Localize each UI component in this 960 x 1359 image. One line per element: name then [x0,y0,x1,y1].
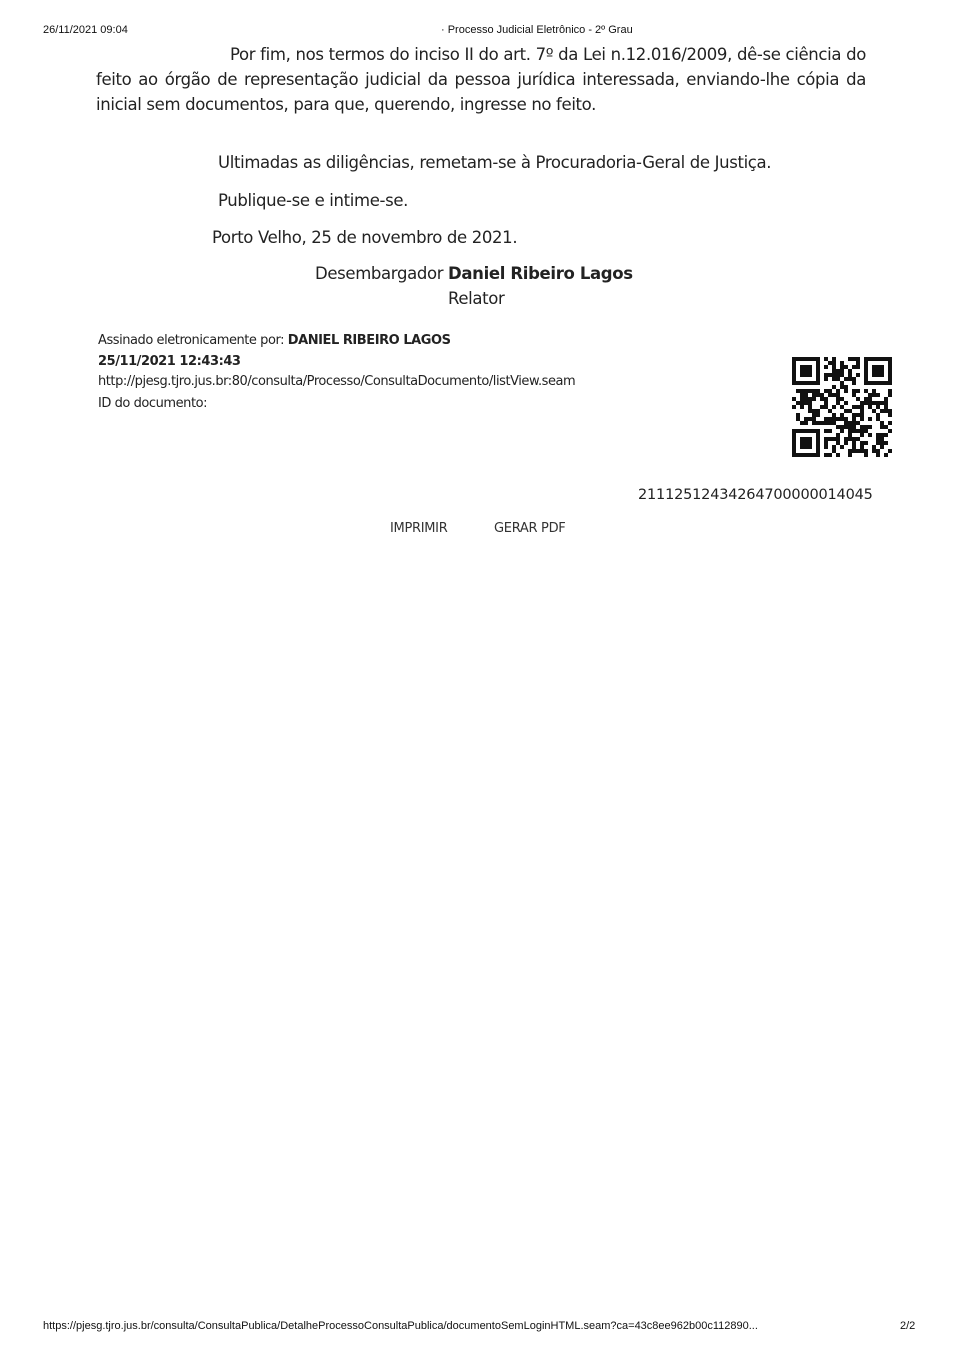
signer-role: Relator [448,289,504,308]
print-footer-page: 2/2 [900,1320,915,1332]
paragraph-remit: Ultimadas as diligências, remetam-se à P… [218,153,771,172]
signer-name: Daniel Ribeiro Lagos [448,264,633,283]
print-footer-url: https://pjesg.tjro.jus.br/consulta/Consu… [43,1320,758,1332]
document-number: 21112512434264700000014045 [638,487,873,503]
document-id-label: ID do documento: [98,396,207,411]
signed-by-line: Assinado eletronicamente por: DANIEL RIB… [98,333,451,348]
qr-code-icon [792,357,892,457]
verify-url[interactable]: http://pjesg.tjro.jus.br:80/consulta/Pro… [98,374,575,389]
place-date: Porto Velho, 25 de novembro de 2021. [212,228,517,247]
paragraph-publish: Publique-se e intime-se. [218,191,408,210]
signed-at: 25/11/2021 12:43:43 [98,354,241,369]
signed-by-name: DANIEL RIBEIRO LAGOS [288,333,451,348]
signer-line: Desembargador Daniel Ribeiro Lagos [315,264,633,283]
paragraph-final-notice: Por fim, nos termos do inciso II do art.… [96,42,866,117]
generate-pdf-button[interactable]: GERAR PDF [494,521,565,536]
signer-title: Desembargador [315,264,448,283]
signed-by-label: Assinado eletronicamente por: [98,333,288,348]
print-header-title: · Processo Judicial Eletrônico - 2º Grau [441,24,633,36]
print-header-datetime: 26/11/2021 09:04 [43,24,128,36]
paragraph-1-text: Por fim, nos termos do inciso II do art.… [96,45,866,114]
print-button[interactable]: IMPRIMIR [390,521,447,536]
